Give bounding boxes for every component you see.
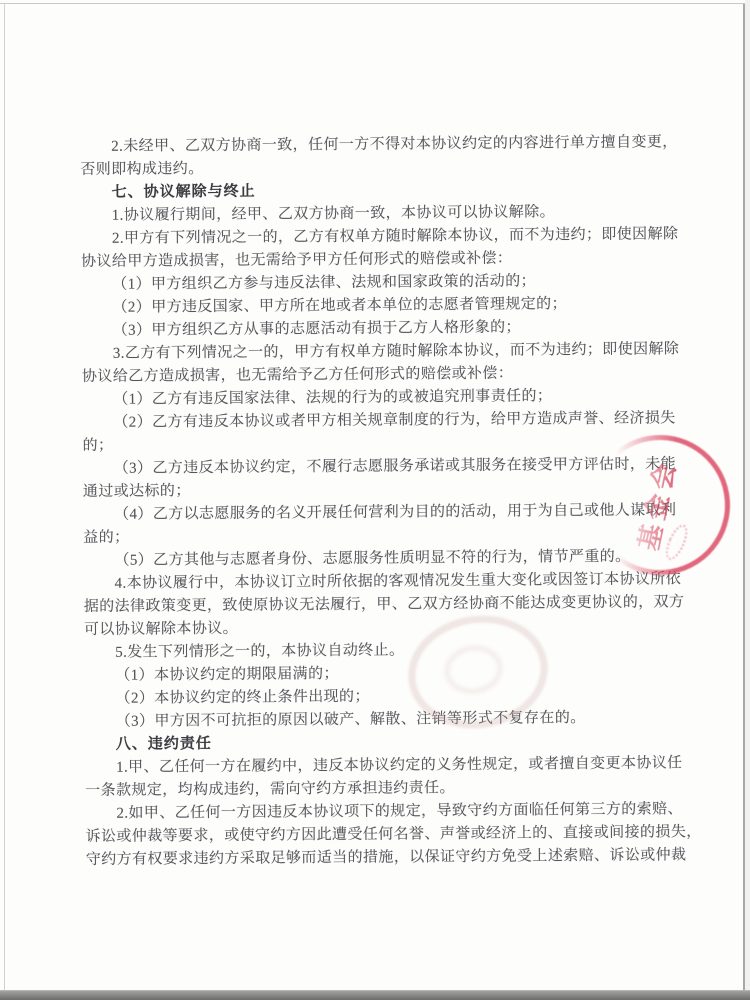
official-seal-stamp: 基金会 xyxy=(560,418,750,608)
scanned-page: 2.未经甲、乙双方协商一致，任何一方不得对本协议约定的内容进行单方擅自变更，否则… xyxy=(0,0,750,1000)
page-edge-left xyxy=(4,3,5,990)
text-line: 3.乙方有下列情况之一的，甲方有权单方随时解除本协议，而不为违约；即使因解除 xyxy=(82,338,712,366)
scan-margin-right xyxy=(745,0,750,1000)
scanner-shadow-bottom xyxy=(0,990,750,1000)
text-line: 守约方有权要求违约方采取足够而适当的措施，以保证守约方免受上述索赔、诉讼或仲裁 xyxy=(86,844,716,872)
seal-rotated-group: 基金会 xyxy=(577,422,743,588)
page-edge-top xyxy=(0,3,750,4)
ghost-stamp-inner xyxy=(441,641,506,697)
